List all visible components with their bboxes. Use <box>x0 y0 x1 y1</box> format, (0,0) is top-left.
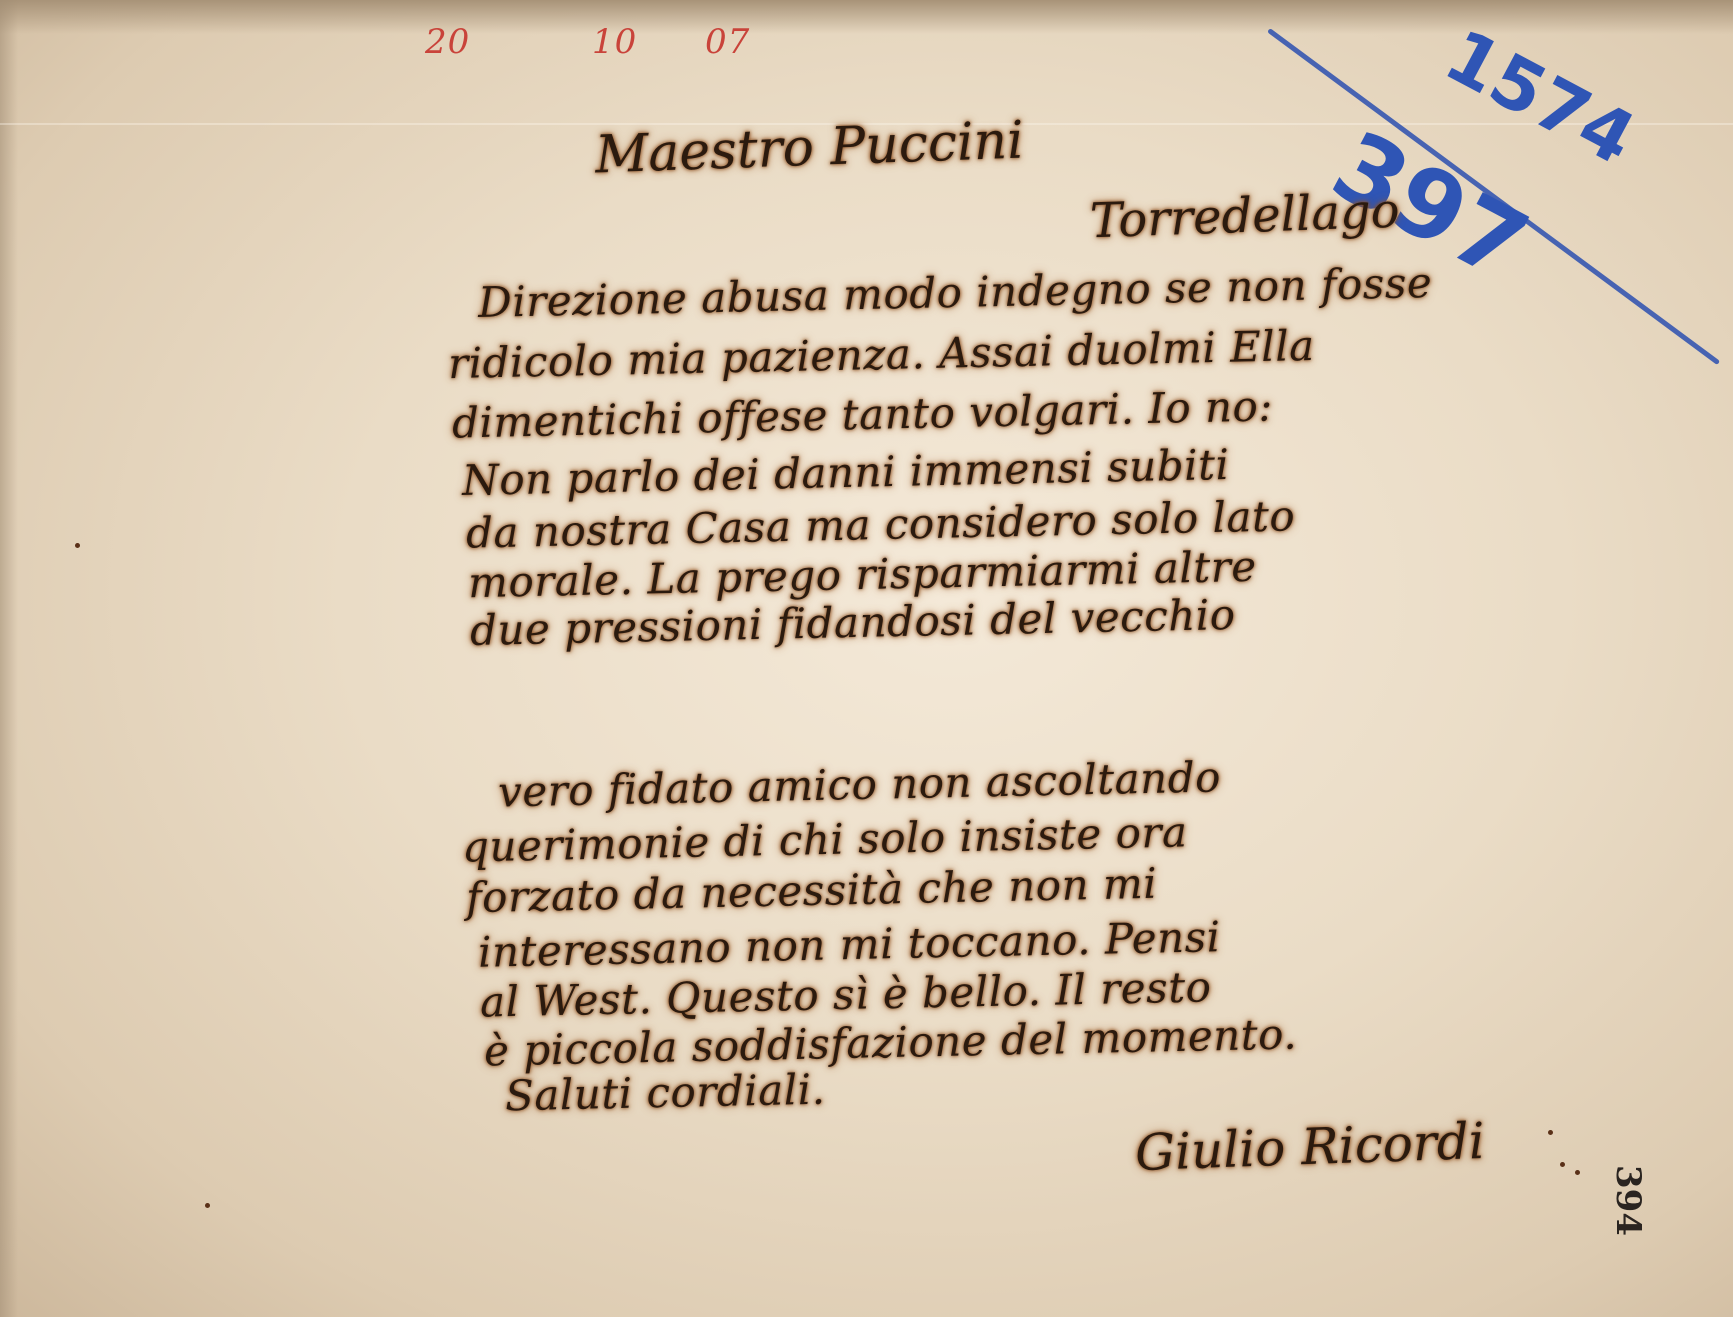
letter-sheet: 20 10 07 1574 397 Maestro Puccini Torred… <box>0 0 1733 1317</box>
ink-speck <box>1575 1170 1580 1175</box>
body-line: dimentichi offese tanto volgari. Io no: <box>452 381 1274 447</box>
ink-speck <box>1548 1130 1553 1135</box>
red-date-year: 07 <box>705 22 750 62</box>
ink-speck <box>75 543 80 548</box>
body-line: Direzione abusa modo indegno se non foss… <box>478 258 1433 327</box>
salutation: Maestro Puccini <box>594 111 1025 186</box>
place-name: Torredellago <box>1089 183 1400 250</box>
ink-speck <box>1560 1162 1565 1167</box>
body-line: Saluti cordiali. <box>505 1065 826 1121</box>
red-date-month: 10 <box>592 22 637 62</box>
left-edge-shadow <box>0 0 18 1317</box>
ink-speck <box>205 1203 210 1208</box>
body-line: vero fidato amico non ascoltando <box>498 752 1222 816</box>
body-line: ridicolo mia pazienza. Assai duolmi Ella <box>448 321 1316 388</box>
archive-number: 394 <box>1608 1165 1648 1236</box>
red-date-day: 20 <box>425 22 470 62</box>
blue-number-upper: 1574 <box>1432 13 1648 181</box>
signature: Giulio Ricordi <box>1134 1112 1486 1182</box>
